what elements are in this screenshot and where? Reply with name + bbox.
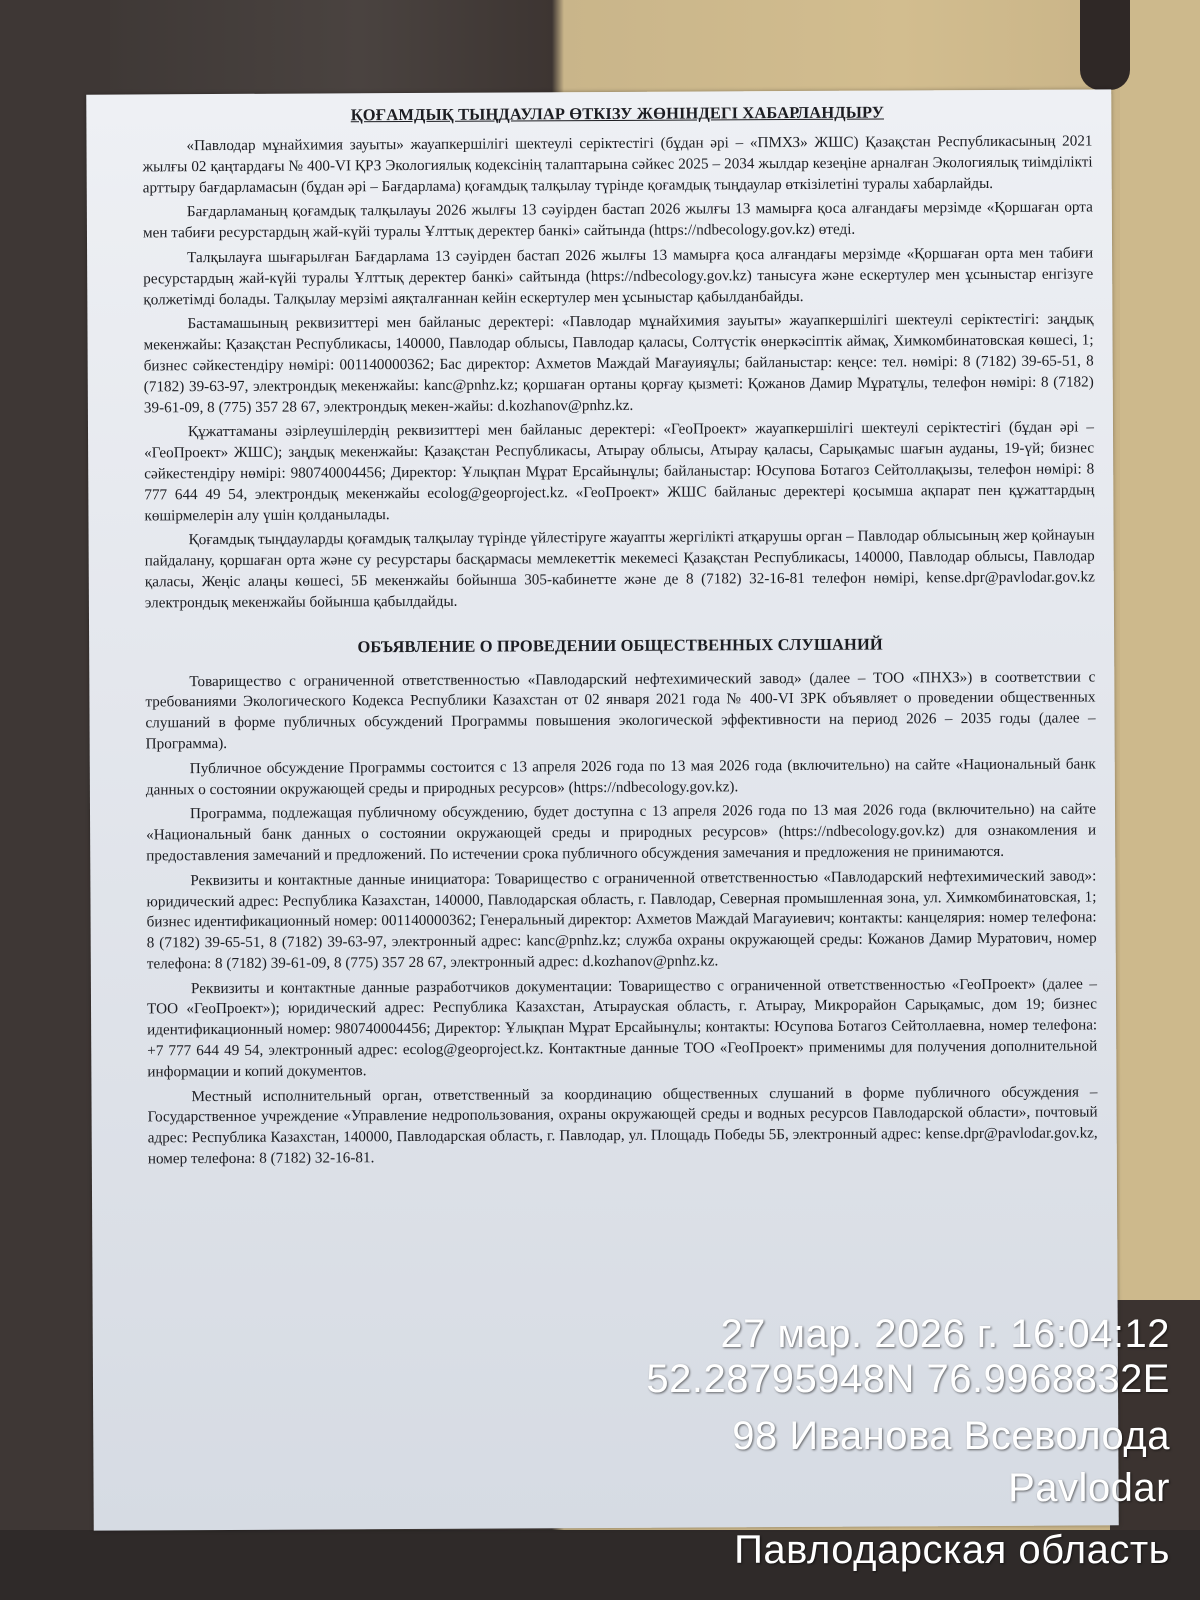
kz-paragraph: Құжаттаманы әзірлеушілердің реквизиттері…: [144, 418, 1095, 527]
photo-coordinates: 52.28795948N 76.9968832E: [646, 1357, 1170, 1402]
kz-paragraph: «Павлодар мұнайхимия зауыты» жауапкершіл…: [142, 131, 1092, 198]
ru-paragraph: Публичное обсуждение Программы состоится…: [146, 754, 1096, 801]
kz-paragraph: Қоғамдық тыңдауларды қоғамдық талқылау т…: [145, 526, 1095, 614]
photo-city: Pavlodar: [1008, 1466, 1170, 1511]
kz-paragraph: Бастамашының реквизиттері мен байланыс д…: [143, 310, 1094, 419]
kz-paragraph: Бағдарламаның қоғамдық талқылауы 2026 жы…: [143, 198, 1093, 245]
ru-paragraph: Реквизиты и контактные данные разработчи…: [147, 974, 1098, 1083]
wall-background-tan: [1120, 0, 1200, 1380]
ru-paragraph: Товарищество с ограниченной ответственно…: [145, 667, 1095, 755]
ru-paragraph: Местный исполнительный орган, ответствен…: [147, 1082, 1097, 1170]
tape-remnant: [1080, 0, 1130, 90]
photo-timestamp: 27 мар. 2026 г. 16:04:12: [720, 1312, 1170, 1357]
photo-street: 98 Иванова Всеволода: [732, 1414, 1170, 1459]
ru-title: ОБЪЯВЛЕНИЕ О ПРОВЕДЕНИИ ОБЩЕСТВЕННЫХ СЛУ…: [145, 633, 1095, 658]
photo-region: Павлодарская область: [734, 1528, 1170, 1573]
ru-paragraph: Программа, подлежащая публичному обсужде…: [146, 800, 1096, 867]
kz-paragraph: Талқылауға шығарылған Бағдарлама 13 сәуі…: [143, 243, 1093, 310]
kz-title: ҚОҒАМДЫҚ ТЫҢДАУЛАР ӨТКІЗУ ЖӨНІНДЕГІ ХАБА…: [142, 101, 1092, 126]
notice-content: ҚОҒАМДЫҚ ТЫҢДАУЛАР ӨТКІЗУ ЖӨНІНДЕГІ ХАБА…: [142, 101, 1098, 1174]
ru-paragraph: Реквизиты и контактные данные инициатора…: [146, 866, 1097, 975]
